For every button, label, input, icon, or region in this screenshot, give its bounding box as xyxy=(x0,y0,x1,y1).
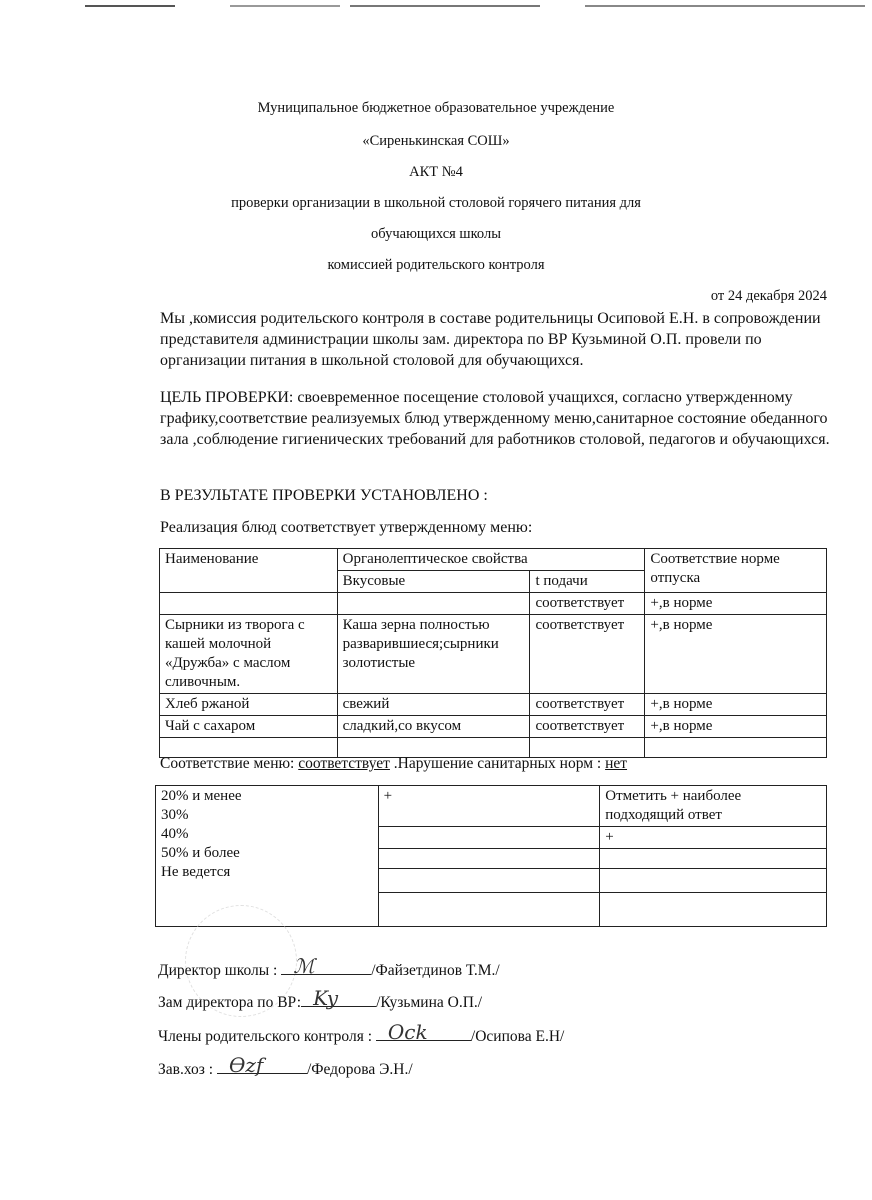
signature-deputy: Зам директора по ВР:Ky/Кузьмина О.П./ xyxy=(158,990,482,1012)
intro-paragraph: Мы ,комиссия родительского контроля в со… xyxy=(160,308,830,371)
signature-director: Директор школы : ℳ/Файзетдинов Т.М./ xyxy=(158,958,500,980)
cell-norm: +,в норме xyxy=(645,593,827,615)
cell-norm xyxy=(645,738,827,758)
table-header-row: Наименование Органолептическое свойства … xyxy=(160,549,827,571)
mark-cell[interactable] xyxy=(600,893,827,927)
act-subtitle-1: проверки организации в школьной столовой… xyxy=(0,195,872,212)
percent-table: 20% и менее 30% 40% 50% и более Не ведет… xyxy=(155,785,827,927)
option-item: 30% xyxy=(161,806,373,825)
signature-name: /Осипова Е.Н/ xyxy=(471,1028,564,1045)
goal-label: ЦЕЛЬ ПРОВЕРКИ: xyxy=(160,389,293,406)
signature-name: /Кузьмина О.П./ xyxy=(376,994,482,1011)
sanitary-label: .Нарушение санитарных норм : xyxy=(390,755,605,772)
mark-cell[interactable] xyxy=(378,827,600,849)
signature-field[interactable]: Ѳzf xyxy=(217,1057,307,1074)
cell-temp: соответствует xyxy=(530,593,645,615)
compliance-line: Соответствие меню: соответствует .Наруше… xyxy=(160,755,627,773)
mark-cell[interactable] xyxy=(600,869,827,893)
signature-field[interactable]: ℳ xyxy=(281,958,371,975)
table-row: соответствует +,в норме xyxy=(160,593,827,615)
option-item: 50% и более xyxy=(161,844,373,863)
signature-mark-icon: Ock xyxy=(388,1020,428,1044)
header-taste: Вкусовые xyxy=(337,571,530,593)
cell-name: Сырники из творога с кашей молочной «Дру… xyxy=(160,615,338,694)
header-name: Наименование xyxy=(160,549,338,593)
cell-temp: соответствует xyxy=(530,694,645,716)
signature-name: /Федорова Э.Н./ xyxy=(307,1061,413,1078)
scan-artifact-line xyxy=(350,5,540,7)
cell-taste: сладкий,со вкусом xyxy=(337,716,530,738)
table-row: Чай с сахаром сладкий,со вкусом соответс… xyxy=(160,716,827,738)
cell-taste xyxy=(337,593,530,615)
menu-statement: Реализация блюд соответствует утвержденн… xyxy=(160,519,532,537)
scan-artifact-line xyxy=(230,5,340,7)
cell-name xyxy=(160,593,338,615)
cell-name: Хлеб ржаной xyxy=(160,694,338,716)
mark-cell[interactable] xyxy=(378,893,600,927)
signature-mark-icon: ℳ xyxy=(293,954,314,978)
act-subtitle-3: комиссией родительского контроля xyxy=(0,257,872,274)
signature-mark-icon: Ѳzf xyxy=(229,1053,263,1077)
signature-role: Зам директора по ВР: xyxy=(158,994,301,1011)
org-line: Муниципальное бюджетное образовательное … xyxy=(0,100,872,117)
instruction-cell: Отметить + наиболее подходящий ответ xyxy=(600,786,827,827)
sanitary-value: нет xyxy=(605,755,627,772)
act-subtitle-2: обучающихся школы xyxy=(0,226,872,243)
cell-name: Чай с сахаром xyxy=(160,716,338,738)
mark-cell[interactable]: + xyxy=(378,786,600,827)
signature-field[interactable]: Ock xyxy=(376,1024,471,1041)
signature-housekeeper: Зав.хоз : Ѳzf/Федорова Э.Н./ xyxy=(158,1057,413,1079)
mark-cell[interactable] xyxy=(378,849,600,869)
cell-norm: +,в норме xyxy=(645,615,827,694)
cell-temp: соответствует xyxy=(530,615,645,694)
menu-compliance-value: соответствует xyxy=(298,755,390,772)
header-temp: t подачи xyxy=(530,571,645,593)
table-row: 20% и менее 30% 40% 50% и более Не ведет… xyxy=(156,786,827,827)
cell-temp: соответствует xyxy=(530,716,645,738)
cell-norm: +,в норме xyxy=(645,716,827,738)
menu-compliance-label: Соответствие меню: xyxy=(160,755,298,772)
signature-field[interactable]: Ky xyxy=(301,990,376,1007)
signature-name: /Файзетдинов Т.М./ xyxy=(371,962,499,979)
scan-artifact-line xyxy=(85,5,175,7)
menu-table: Наименование Органолептическое свойства … xyxy=(159,548,827,758)
scan-artifact-line xyxy=(585,5,865,7)
mark-cell[interactable] xyxy=(600,849,827,869)
cell-taste: свежий xyxy=(337,694,530,716)
cell-taste: Каша зерна полностью разварившиеся;сырни… xyxy=(337,615,530,694)
mark-cell[interactable] xyxy=(378,869,600,893)
signature-role: Директор школы : xyxy=(158,962,281,979)
table-row: Сырники из творога с кашей молочной «Дру… xyxy=(160,615,827,694)
cell-norm: +,в норме xyxy=(645,694,827,716)
signature-mark-icon: Ky xyxy=(313,986,338,1010)
act-date: от 24 декабря 2024 xyxy=(711,288,827,305)
act-title: АКТ №4 xyxy=(0,164,872,181)
mark-cell[interactable]: + xyxy=(600,827,827,849)
school-name: «Сиренькинская СОШ» xyxy=(0,133,872,150)
options-cell: 20% и менее 30% 40% 50% и более Не ведет… xyxy=(156,786,379,927)
goal-paragraph: ЦЕЛЬ ПРОВЕРКИ: своевременное посещение с… xyxy=(160,387,830,450)
header-norm: Соответствие норме отпуска xyxy=(645,549,827,593)
signature-role: Зав.хоз : xyxy=(158,1061,217,1078)
option-item: Не ведется xyxy=(161,863,373,882)
table-row: Хлеб ржаной свежий соответствует +,в нор… xyxy=(160,694,827,716)
option-item: 20% и менее xyxy=(161,787,373,806)
option-item: 40% xyxy=(161,825,373,844)
result-heading: В РЕЗУЛЬТАТЕ ПРОВЕРКИ УСТАНОВЛЕНО : xyxy=(160,487,488,505)
header-organoleptic: Органолептическое свойства xyxy=(337,549,645,571)
signature-parent-committee: Члены родительского контроля : Ock/Осипо… xyxy=(158,1024,564,1046)
signature-role: Члены родительского контроля : xyxy=(158,1028,376,1045)
